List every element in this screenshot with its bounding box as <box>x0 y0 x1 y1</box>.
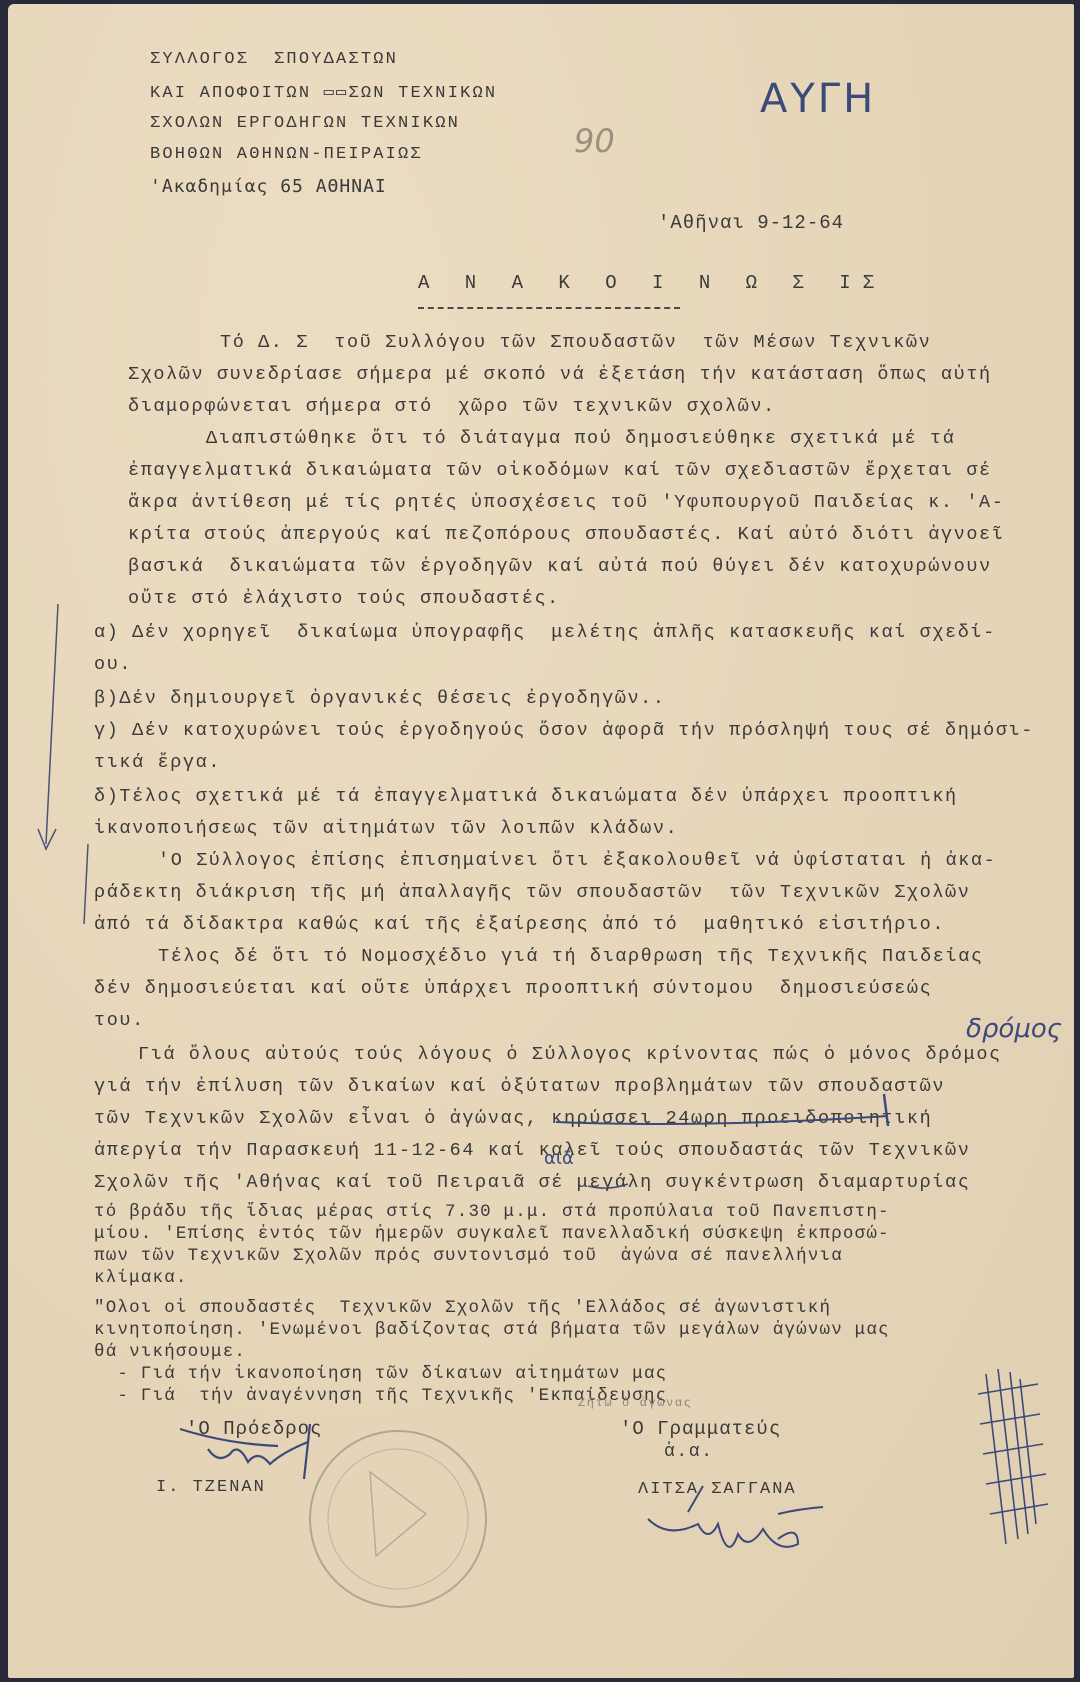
stamp-icon <box>310 1431 486 1607</box>
scribble-mark <box>978 1369 1048 1544</box>
secretary-signature <box>648 1486 823 1547</box>
handwritten-correction: αιᾶ <box>544 1148 574 1169</box>
president-signature <box>180 1424 310 1479</box>
document-page: ΣΥΛΛΟΓΟΣ ΣΠΟΥΔΑΣΤΩΝ ΚΑΙ ΑΠΟΦΟΙΤΩΝ ▭▭ΣΩΝ … <box>8 4 1074 1678</box>
ink-marks <box>8 4 1074 1678</box>
